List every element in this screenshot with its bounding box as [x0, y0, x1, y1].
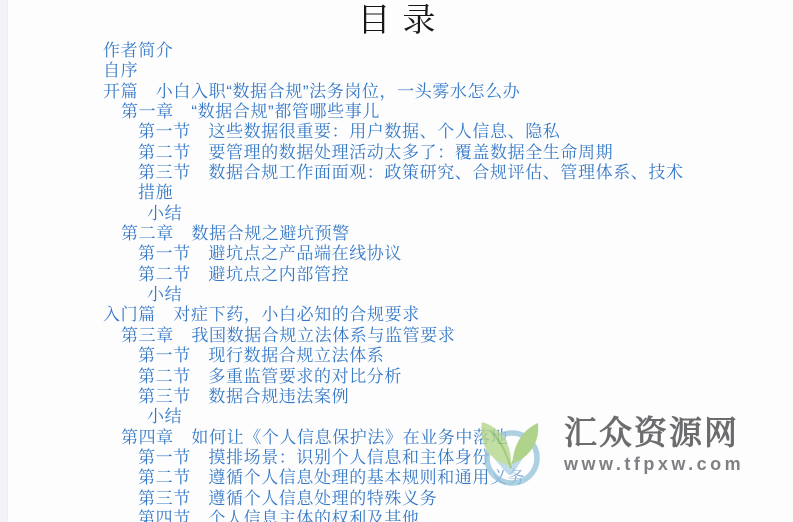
toc-entry[interactable]: 第一节 现行数据合规立法体系 [0, 346, 793, 366]
toc-entry[interactable]: 第四章 如何让《个人信息保护法》在业务中落地 [0, 428, 793, 448]
toc-entry[interactable]: 措施 [0, 183, 793, 203]
toc-entry[interactable]: 小结 [0, 285, 793, 305]
toc-entry[interactable]: 第二节 要管理的数据处理活动太多了：覆盖数据全生命周期 [0, 143, 793, 163]
toc-entry[interactable]: 第二章 数据合规之避坑预警 [0, 224, 793, 244]
toc-entry[interactable]: 第一节 摸排场景：识别个人信息和主体身份 [0, 448, 793, 468]
toc-entry[interactable]: 第三节 遵循个人信息处理的特殊义务 [0, 489, 793, 509]
toc-entry[interactable]: 作者简介 [0, 41, 793, 61]
toc-entry[interactable]: 第二节 避坑点之内部管控 [0, 265, 793, 285]
toc-entry[interactable]: 第二节 遵循个人信息处理的基本规则和通用义务 [0, 468, 793, 488]
toc-list: 作者简介自序开篇 小白入职“数据合规”法务岗位，一头雾水怎么办第一章 “数据合规… [0, 41, 793, 522]
toc-entry[interactable]: 第二节 多重监管要求的对比分析 [0, 367, 793, 387]
toc-entry[interactable]: 第四节 个人信息主体的权利及其他 [0, 509, 793, 522]
toc-entry[interactable]: 自序 [0, 61, 793, 81]
toc-entry[interactable]: 第一节 避坑点之产品端在线协议 [0, 244, 793, 264]
page-title: 目录 [0, 0, 793, 42]
toc-entry[interactable]: 小结 [0, 407, 793, 427]
toc-entry[interactable]: 第三章 我国数据合规立法体系与监管要求 [0, 326, 793, 346]
toc-entry[interactable]: 第一章 “数据合规”都管哪些事儿 [0, 102, 793, 122]
toc-entry[interactable]: 小结 [0, 204, 793, 224]
toc-entry[interactable]: 开篇 小白入职“数据合规”法务岗位，一头雾水怎么办 [0, 82, 793, 102]
toc-entry[interactable]: 入门篇 对症下药，小白必知的合规要求 [0, 305, 793, 325]
toc-entry[interactable]: 第一节 这些数据很重要：用户数据、个人信息、隐私 [0, 122, 793, 142]
toc-entry[interactable]: 第三节 数据合规工作面面观：政策研究、合规评估、管理体系、技术 [0, 163, 793, 183]
toc-entry[interactable]: 第三节 数据合规违法案例 [0, 387, 793, 407]
toc-page: 目录 作者简介自序开篇 小白入职“数据合规”法务岗位，一头雾水怎么办第一章 “数… [0, 0, 793, 522]
